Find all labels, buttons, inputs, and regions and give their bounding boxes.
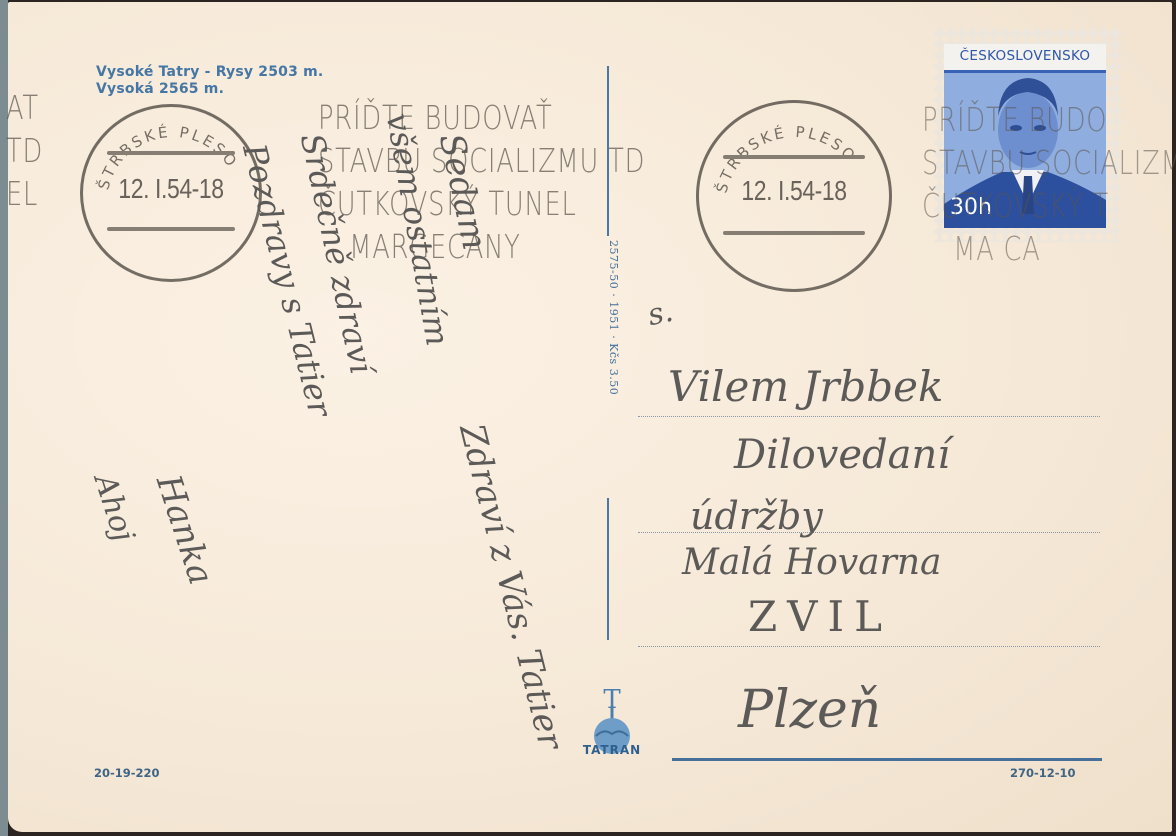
partial-slogan-left-line: AT — [6, 86, 43, 129]
address-line — [638, 416, 1100, 417]
tatran-globe-icon: T TATRAN — [574, 684, 650, 764]
card-code-right: 270-12-10 — [1010, 766, 1076, 780]
postmark-bar — [723, 231, 865, 235]
address-city: Plzeň — [738, 680, 881, 740]
divider-bottom — [607, 498, 609, 640]
partial-slogan-right: PRÍĎTE BUDO STAVBU SOCIALIZM ČUTKOVSKÝ T… — [922, 98, 1176, 270]
postmark-bar — [107, 227, 235, 231]
caption-line-2: Vysoká 2565 m. — [96, 81, 323, 98]
slogan-line: STAVBU SOCIALIZMU TD — [318, 139, 645, 182]
postmark-bar — [107, 151, 235, 155]
partial-slogan-left: AT TD EL — [6, 86, 43, 215]
partial-slogan-left-line: TD — [6, 129, 43, 172]
postmark-left: ŠTRBSKÉ PLESO 12. I.54-18 — [80, 104, 262, 282]
postcard-caption: Vysoké Tatry - Rysy 2503 m. Vysoká 2565 … — [96, 64, 323, 98]
slogan-line: ČUTKOVSKÝ T — [922, 184, 1176, 227]
slogan-line: PRÍĎTE BUDO — [922, 98, 1176, 141]
postmark-right: ŠTRBSKÉ PLESO 12. I.54-18 — [696, 100, 892, 292]
partial-slogan-left-line: EL — [6, 172, 43, 215]
address-department: Dilovedaní — [734, 432, 950, 478]
slogan-line: MA CA — [922, 227, 1176, 270]
svg-text:TATRAN: TATRAN — [583, 743, 641, 757]
address-department-2: údržby — [690, 494, 823, 538]
tatran-logo: T TATRAN — [574, 684, 650, 764]
slogan-line: STAVBU SOCIALIZM — [922, 141, 1176, 184]
postmark-bar — [723, 155, 865, 159]
address-company: Malá Hovarna — [682, 542, 941, 583]
slogan-line: PRÍĎTE BUDOVAŤ — [318, 96, 645, 139]
address-line — [638, 646, 1100, 647]
postmark-date: 12. I.54-18 — [99, 173, 243, 205]
caption-line-1: Vysoké Tatry - Rysy 2503 m. — [96, 64, 323, 81]
address-company-abbr: ZVIL — [748, 592, 892, 641]
postmark-date: 12. I.54-18 — [716, 175, 872, 207]
card-code-left: 20-19-220 — [94, 766, 160, 780]
publisher-imprint: 2575-50 · 1951 · Kčs 3.50 — [596, 240, 620, 470]
address-line-final — [672, 758, 1102, 761]
divider-top — [607, 66, 609, 236]
address-name: Vilem Jrbbek — [668, 362, 943, 411]
